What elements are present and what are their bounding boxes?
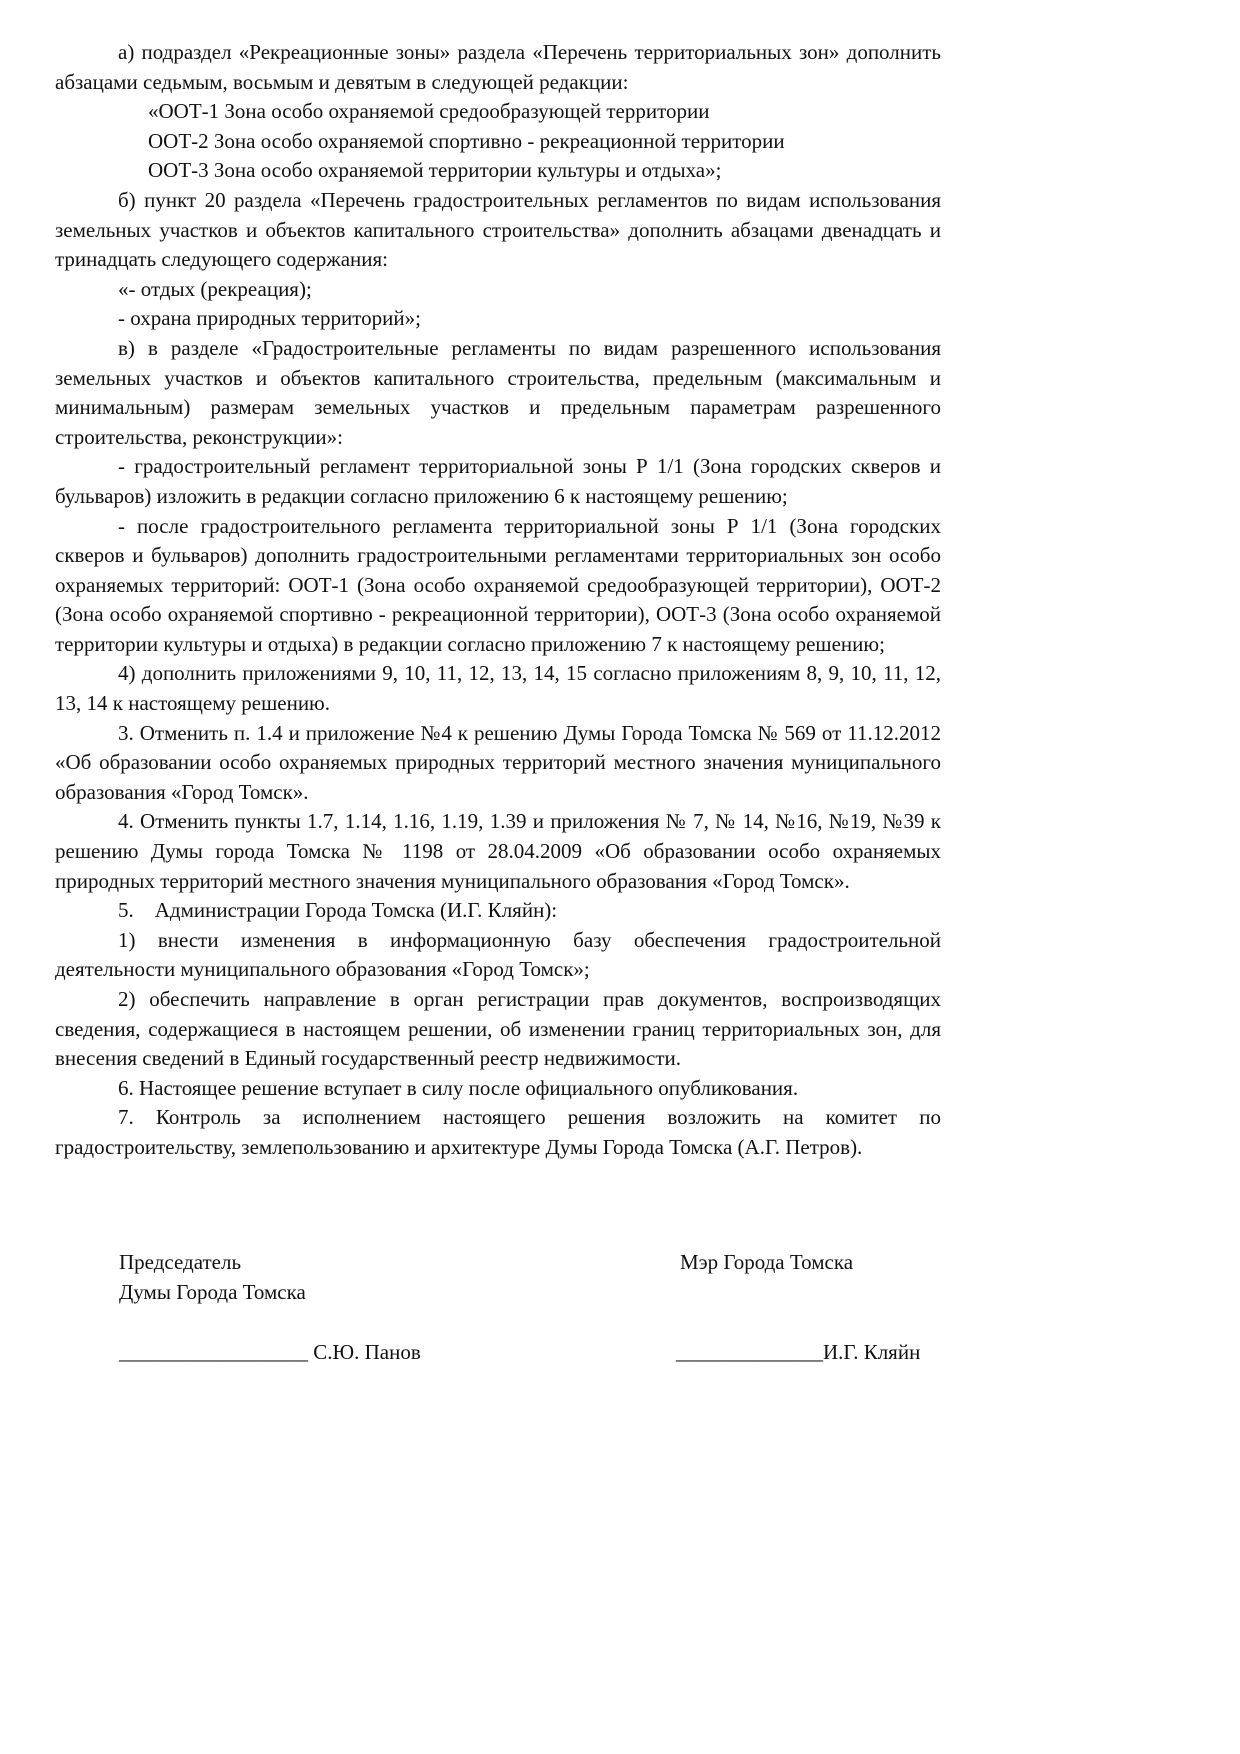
- signature-block-mayor: Мэр Города Томска: [680, 1248, 853, 1278]
- paragraph-v2: - после градостроительного регламента те…: [55, 512, 941, 660]
- mayor-title: Мэр Города Томска: [680, 1248, 853, 1278]
- item-5: 5. Администрации Города Томска (И.Г. Кля…: [55, 896, 941, 926]
- list-item-b1: «- отдых (рекреация);: [55, 275, 941, 305]
- document-body: а) подраздел «Рекреационные зоны» раздел…: [55, 38, 941, 1163]
- item-4: 4. Отменить пункты 1.7, 1.14, 1.16, 1.19…: [55, 807, 941, 896]
- paragraph-a: а) подраздел «Рекреационные зоны» раздел…: [55, 38, 941, 97]
- item-5-2: 2) обеспечить направление в орган регист…: [55, 985, 941, 1074]
- list-item-oot2: ООТ-2 Зона особо охраняемой спортивно - …: [55, 127, 941, 157]
- mayor-signature-line: ______________И.Г. Кляйн: [676, 1338, 920, 1368]
- chairman-signature-line: __________________ С.Ю. Панов: [119, 1338, 421, 1368]
- paragraph-v: в) в разделе «Градостроительные регламен…: [55, 334, 941, 452]
- item-5-1: 1) внести изменения в информационную баз…: [55, 926, 941, 985]
- list-item-oot1: «ООТ-1 Зона особо охраняемой средообразу…: [55, 97, 941, 127]
- list-item-b2: - охрана природных территорий»;: [55, 304, 941, 334]
- paragraph-v1: - градостроительный регламент территориа…: [55, 452, 941, 511]
- list-item-oot3: ООТ-3 Зона особо охраняемой территории к…: [55, 156, 941, 186]
- chairman-title-line2: Думы Города Томска: [119, 1278, 306, 1308]
- signature-block-chairman: Председатель Думы Города Томска: [119, 1248, 306, 1307]
- item-3: 3. Отменить п. 1.4 и приложение №4 к реш…: [55, 719, 941, 808]
- item-6: 6. Настоящее решение вступает в силу пос…: [55, 1074, 941, 1104]
- chairman-title-line1: Председатель: [119, 1248, 306, 1278]
- paragraph-b: б) пункт 20 раздела «Перечень градострои…: [55, 186, 941, 275]
- item-7: 7. Контроль за исполнением настоящего ре…: [55, 1103, 941, 1162]
- paragraph-4: 4) дополнить приложениями 9, 10, 11, 12,…: [55, 659, 941, 718]
